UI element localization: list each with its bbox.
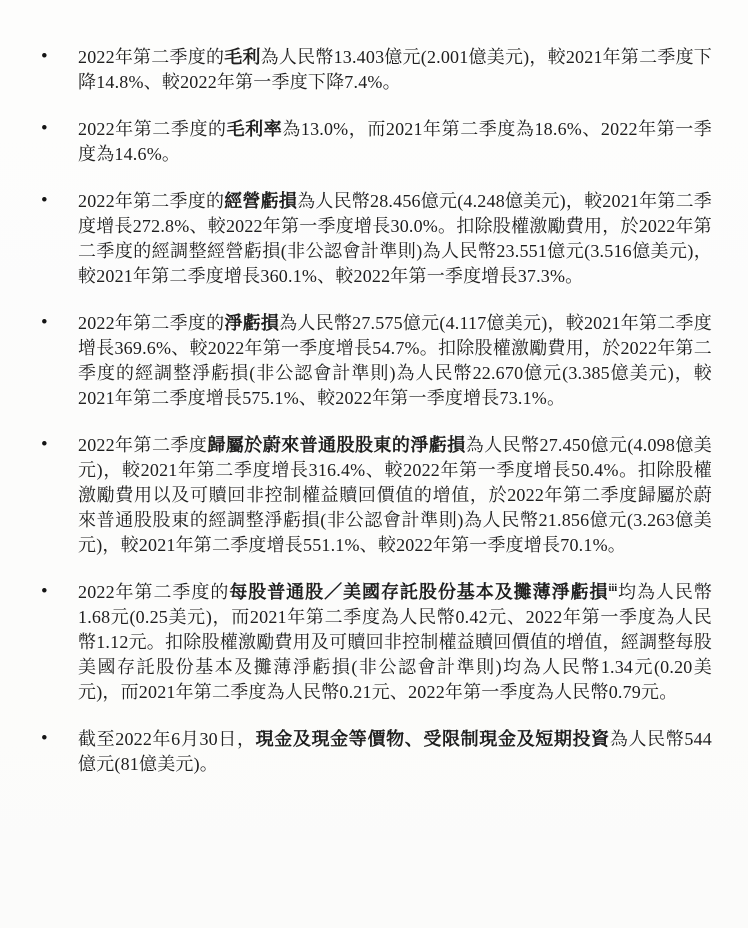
bullet-text: 2022年第二季度歸屬於蔚來普通股股東的淨虧損為人民幣27.450億元(4.09… [78, 435, 712, 555]
bullet-text-prefix: 2022年第二季度 [78, 435, 207, 455]
bullet-text-bold: 每股普通股／美國存託股份基本及攤薄淨虧損 [229, 582, 608, 602]
bullet-text: 2022年第二季度的毛利為人民幣13.403億元(2.001億美元)，較2021… [78, 47, 712, 92]
bullet-dot-icon: • [41, 44, 48, 69]
bullet-item-cash-position: • 截至2022年6月30日，現金及現金等價物、受限制現金及短期投資為人民幣54… [40, 727, 712, 777]
bullet-text-bold: 歸屬於蔚來普通股股東的淨虧損 [207, 435, 465, 455]
bullet-text: 2022年第二季度的每股普通股／美國存託股份基本及攤薄淨虧損iii均為人民幣1.… [78, 582, 712, 702]
bullet-text-prefix: 2022年第二季度的 [78, 313, 224, 333]
footnote-reference: iii [608, 583, 617, 594]
financial-highlights-list: • 2022年第二季度的毛利為人民幣13.403億元(2.001億美元)，較20… [40, 45, 712, 777]
bullet-item-net-loss: • 2022年第二季度的淨虧損為人民幣27.575億元(4.117億美元)，較2… [40, 311, 712, 411]
bullet-text-prefix: 2022年第二季度的 [78, 582, 229, 602]
bullet-text-bold: 經營虧損 [224, 191, 297, 211]
bullet-item-loss-per-share: • 2022年第二季度的每股普通股／美國存託股份基本及攤薄淨虧損iii均為人民幣… [40, 580, 712, 705]
document-page: • 2022年第二季度的毛利為人民幣13.403億元(2.001億美元)，較20… [0, 0, 748, 928]
bullet-text-bold: 現金及現金等價物、受限制現金及短期投資 [256, 729, 610, 749]
bullet-text: 截至2022年6月30日，現金及現金等價物、受限制現金及短期投資為人民幣544億… [78, 729, 712, 774]
bullet-dot-icon: • [41, 116, 48, 141]
bullet-dot-icon: • [41, 726, 48, 751]
bullet-text-prefix: 截至2022年6月30日， [78, 729, 256, 749]
bullet-text: 2022年第二季度的毛利率為13.0%，而2021年第二季度為18.6%、202… [78, 119, 712, 164]
bullet-item-gross-profit: • 2022年第二季度的毛利為人民幣13.403億元(2.001億美元)，較20… [40, 45, 712, 95]
bullet-dot-icon: • [41, 310, 48, 335]
bullet-text-prefix: 2022年第二季度的 [78, 119, 227, 139]
bullet-text: 2022年第二季度的淨虧損為人民幣27.575億元(4.117億美元)，較202… [78, 313, 712, 408]
bullet-text-prefix: 2022年第二季度的 [78, 191, 224, 211]
bullet-dot-icon: • [41, 579, 48, 604]
bullet-item-operating-loss: • 2022年第二季度的經營虧損為人民幣28.456億元(4.248億美元)，較… [40, 189, 712, 289]
bullet-item-gross-margin: • 2022年第二季度的毛利率為13.0%，而2021年第二季度為18.6%、2… [40, 117, 712, 167]
bullet-dot-icon: • [41, 188, 48, 213]
bullet-item-net-loss-to-shareholders: • 2022年第二季度歸屬於蔚來普通股股東的淨虧損為人民幣27.450億元(4.… [40, 433, 712, 558]
bullet-text-bold: 毛利 [224, 47, 260, 67]
bullet-text-bold: 毛利率 [227, 119, 283, 139]
bullet-text-bold: 淨虧損 [224, 313, 279, 333]
bullet-text: 2022年第二季度的經營虧損為人民幣28.456億元(4.248億美元)，較20… [78, 191, 712, 286]
bullet-text-prefix: 2022年第二季度的 [78, 47, 224, 67]
bullet-dot-icon: • [41, 432, 48, 457]
